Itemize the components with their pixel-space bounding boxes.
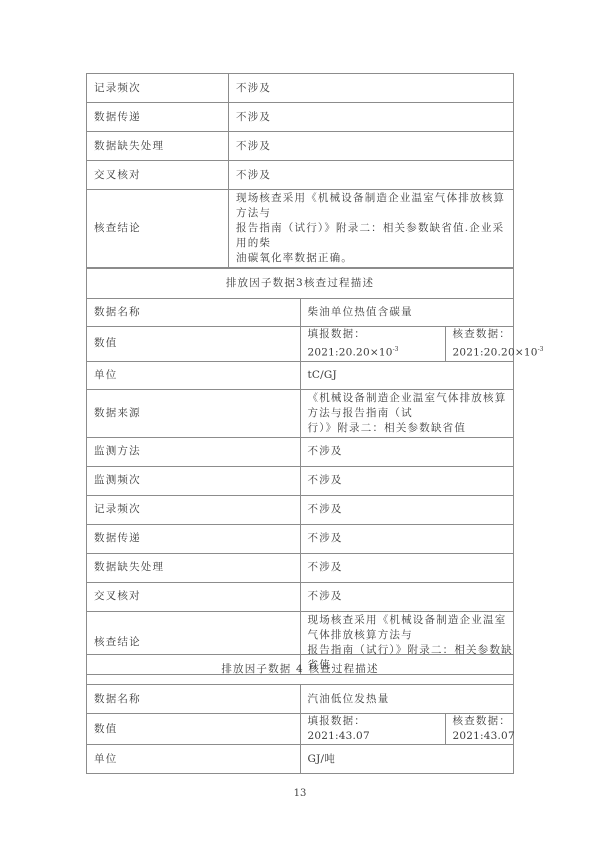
reported-value: 2021:20.20×10-3 xyxy=(308,342,445,361)
table-row: 核查结论 现场核查采用《机械设备制造企业温室气体排放核算方法与 报告指南（试行）… xyxy=(87,190,514,268)
table-row: 单位 GJ/吨 xyxy=(87,745,514,774)
verified-number: 2021:20.20×10 xyxy=(453,347,538,359)
table-row: 数据名称 柴油单位热值含碳量 xyxy=(87,299,514,327)
verified-value: 2021:43.07 xyxy=(453,729,515,744)
table-row: 数据传递 不涉及 xyxy=(87,103,514,132)
exponent: -3 xyxy=(538,346,544,353)
row-value: 不涉及 xyxy=(229,103,514,132)
row-label: 数据缺失处理 xyxy=(87,553,301,582)
row-label: 记录频次 xyxy=(87,74,229,103)
row-label: 数据来源 xyxy=(87,389,301,437)
reported-label: 填报数据： xyxy=(308,327,445,342)
table-title-row: 排放因子数据 4 核查过程描述 xyxy=(87,655,514,685)
value-cell: 填报数据： 2021:20.20×10-3 核查数据： 2021:20.20×1… xyxy=(300,327,514,362)
text-line: 油碳氧化率数据正确。 xyxy=(236,251,513,266)
row-label: 数值 xyxy=(87,327,301,362)
verified-value: 2021:20.20×10-3 xyxy=(453,342,544,361)
exponent: -3 xyxy=(393,346,399,353)
emission-factor-4-table: 排放因子数据 4 核查过程描述 数据名称 汽油低位发热量 数值 填报数据： 20… xyxy=(86,654,514,774)
table-row: 交叉核对 不涉及 xyxy=(87,582,514,611)
table-title-row: 排放因子数据3核查过程描述 xyxy=(87,269,514,299)
row-value: 不涉及 xyxy=(229,132,514,161)
reported-label: 填报数据： xyxy=(308,714,445,729)
row-value: 不涉及 xyxy=(300,582,514,611)
table-title: 排放因子数据3核查过程描述 xyxy=(87,269,514,299)
data-name-value: 柴油单位热值含碳量 xyxy=(300,299,514,327)
text-line: 现场核查采用《机械设备制造企业温室气体排放核算方法与 xyxy=(308,613,514,643)
reported-data: 填报数据： 2021:43.07 xyxy=(301,714,446,744)
row-label: 数据名称 xyxy=(87,685,301,714)
reported-value: 2021:43.07 xyxy=(308,729,445,744)
table-row: 数据名称 汽油低位发热量 xyxy=(87,685,514,714)
row-label: 核查结论 xyxy=(87,190,229,268)
verified-label: 核查数据： xyxy=(453,714,515,729)
row-value: 不涉及 xyxy=(300,466,514,495)
text-line: 《机械设备制造企业温室气体排放核算方法与报告指南（试 xyxy=(308,391,514,421)
row-label: 数据传递 xyxy=(87,103,229,132)
table-row: 数据来源 《机械设备制造企业温室气体排放核算方法与报告指南（试 行）》附录二：相… xyxy=(87,389,514,437)
row-label: 记录频次 xyxy=(87,495,301,524)
emission-factor-3-table: 排放因子数据3核查过程描述 数据名称 柴油单位热值含碳量 数值 填报数据： 20… xyxy=(86,268,514,675)
text-line: 行）》附录二：相关参数缺省值 xyxy=(308,421,514,436)
row-label: 单位 xyxy=(87,361,301,389)
row-value: 不涉及 xyxy=(229,74,514,103)
row-value: 不涉及 xyxy=(300,437,514,466)
verified-data: 核查数据： 2021:20.20×10-3 xyxy=(446,327,544,361)
source-value: 《机械设备制造企业温室气体排放核算方法与报告指南（试 行）》附录二：相关参数缺省… xyxy=(300,389,514,437)
table-row: 监测方法 不涉及 xyxy=(87,437,514,466)
table-title: 排放因子数据 4 核查过程描述 xyxy=(87,655,514,685)
row-value: 不涉及 xyxy=(300,495,514,524)
row-label: 单位 xyxy=(87,745,301,774)
row-label: 监测频次 xyxy=(87,466,301,495)
unit-value: tC/GJ xyxy=(300,361,514,389)
reported-number: 2021:20.20×10 xyxy=(308,347,393,359)
row-value: 不涉及 xyxy=(300,524,514,553)
table-row: 监测频次 不涉及 xyxy=(87,466,514,495)
value-cell: 填报数据： 2021:43.07 核查数据： 2021:43.07 xyxy=(300,714,514,745)
reported-data: 填报数据： 2021:20.20×10-3 xyxy=(301,327,446,361)
row-value: 不涉及 xyxy=(229,161,514,190)
row-label: 交叉核对 xyxy=(87,161,229,190)
row-label: 数值 xyxy=(87,714,301,745)
row-label: 数据名称 xyxy=(87,299,301,327)
row-label: 数据缺失处理 xyxy=(87,132,229,161)
conclusion-text: 现场核查采用《机械设备制造企业温室气体排放核算方法与 报告指南（试行）》附录二：… xyxy=(229,190,514,268)
table-row: 记录频次 不涉及 xyxy=(87,495,514,524)
page-number: 13 xyxy=(0,788,600,799)
verified-data: 核查数据： 2021:43.07 xyxy=(446,714,515,744)
table-row: 数据缺失处理 不涉及 xyxy=(87,553,514,582)
data-name-value: 汽油低位发热量 xyxy=(300,685,514,714)
text-line: 现场核查采用《机械设备制造企业温室气体排放核算方法与 xyxy=(236,191,513,221)
table-row: 数值 填报数据： 2021:20.20×10-3 核查数据： 2021:20.2… xyxy=(87,327,514,362)
text-line: 报告指南（试行）》附录二：相关参数缺省值.企业采用的柴 xyxy=(236,221,513,251)
verified-label: 核查数据： xyxy=(453,327,544,342)
table-row: 数据传递 不涉及 xyxy=(87,524,514,553)
row-label: 交叉核对 xyxy=(87,582,301,611)
table-row: 单位 tC/GJ xyxy=(87,361,514,389)
table-row: 数据缺失处理 不涉及 xyxy=(87,132,514,161)
unit-value: GJ/吨 xyxy=(300,745,514,774)
table-row: 交叉核对 不涉及 xyxy=(87,161,514,190)
row-value: 不涉及 xyxy=(300,553,514,582)
row-label: 数据传递 xyxy=(87,524,301,553)
row-label: 监测方法 xyxy=(87,437,301,466)
table-row: 数值 填报数据： 2021:43.07 核查数据： 2021:43.07 xyxy=(87,714,514,745)
table-row: 记录频次 不涉及 xyxy=(87,74,514,103)
verification-table-continued: 记录频次 不涉及 数据传递 不涉及 数据缺失处理 不涉及 交叉核对 不涉及 核查… xyxy=(86,73,514,268)
